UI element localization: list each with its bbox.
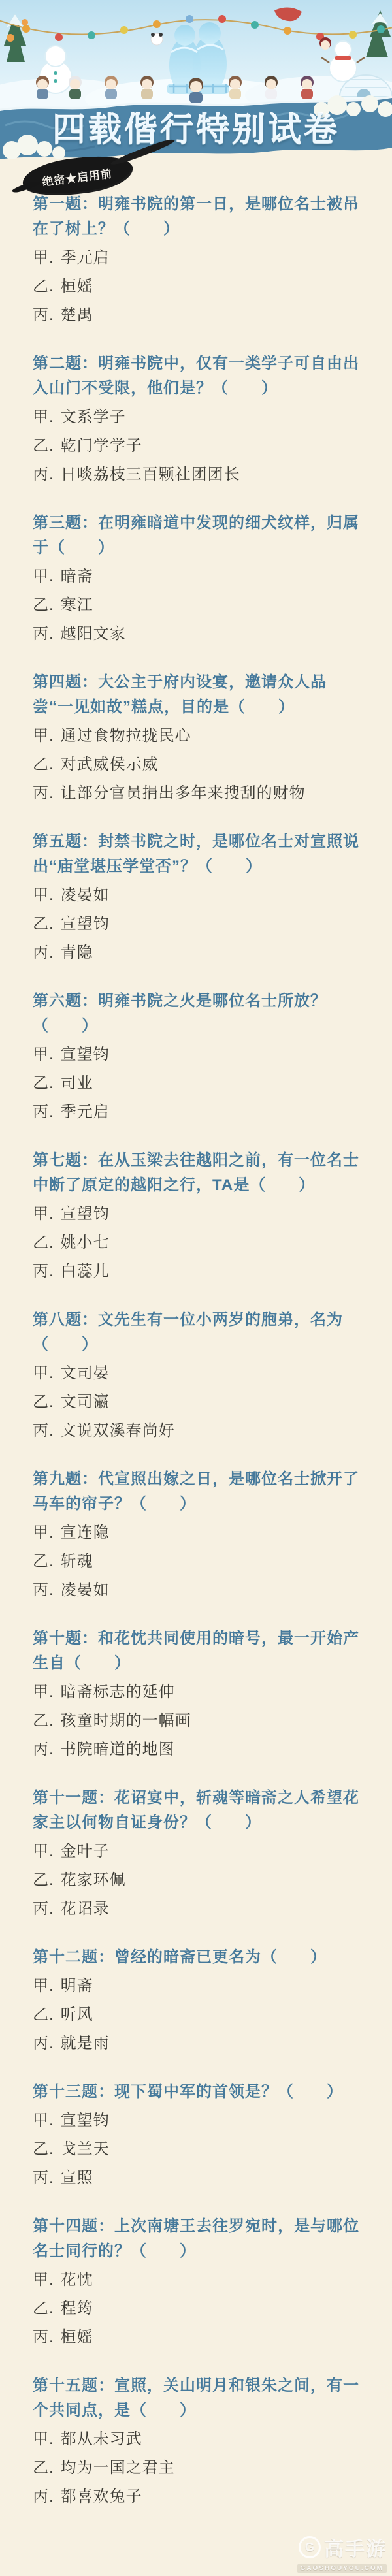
option-乙: 乙.花家环佩 [33, 1871, 363, 1890]
option-text: 让部分官员捐出多年来搜刮的财物 [61, 784, 306, 802]
option-丙: 丙.白蕊儿 [33, 1262, 363, 1281]
question-block: 第十题：和花忱共同使用的暗号，最一开始产生自（ ） 甲.暗斋标志的延伸乙.孩童时… [33, 1626, 363, 1760]
option-text: 宣连隐 [61, 1524, 110, 1541]
option-乙: 乙.文司瀛 [33, 1393, 363, 1412]
question-block: 第五题：封禁书院之时，是哪位名士对宣照说出“庙堂堪压学堂否”？（ ） 甲.凌晏如… [33, 829, 363, 963]
option-key: 甲. [33, 2271, 54, 2289]
panda-icon [151, 33, 163, 45]
option-key: 丙. [33, 2328, 54, 2346]
secrecy-stamp: 绝密★启用前 [16, 154, 159, 197]
option-甲: 甲.宣望钧 [33, 1045, 363, 1065]
option-text: 听风 [61, 2006, 93, 2023]
option-丙: 丙.日啖荔枝三百颗社团团长 [33, 465, 363, 485]
question-number: 第七题： [33, 1151, 98, 1169]
question-options: 甲.文系学子乙.乾门学学子丙.日啖荔枝三百颗社团团长 [33, 408, 363, 485]
option-text: 对武威侯示威 [61, 756, 159, 773]
option-key: 乙. [33, 596, 54, 614]
option-text: 就是雨 [61, 2035, 110, 2052]
option-甲: 甲.文司晏 [33, 1364, 363, 1383]
option-乙: 乙.程筠 [33, 2299, 363, 2319]
option-text: 文系学子 [61, 408, 126, 426]
option-key: 乙. [33, 278, 54, 295]
option-甲: 甲.季元启 [33, 248, 363, 268]
option-text: 桓媱 [61, 278, 93, 295]
question-title: 第八题：文先生有一位小两岁的胞弟，名为（ ） [33, 1308, 363, 1357]
option-key: 乙. [33, 1871, 54, 1889]
option-key: 甲. [33, 1205, 54, 1223]
option-text: 寒江 [61, 596, 93, 614]
option-text: 青隐 [61, 944, 93, 961]
option-key: 乙. [33, 2459, 54, 2477]
question-title: 第十三题：现下蜀中军的首领是？（ ） [33, 2080, 363, 2104]
option-text: 花诏录 [61, 1900, 110, 1918]
option-key: 丙. [33, 944, 54, 961]
option-text: 日啖荔枝三百颗社团团长 [61, 466, 240, 483]
question-number: 第一题： [33, 195, 98, 213]
option-key: 甲. [33, 568, 54, 585]
question-text: 现下蜀中军的首领是？（ ） [114, 2083, 343, 2101]
option-text: 斩魂 [61, 1553, 93, 1570]
option-text: 凌晏如 [61, 1581, 110, 1599]
option-text: 通过食物拉拢民心 [61, 727, 191, 745]
question-options: 甲.宣望钧乙.姚小七丙.白蕊儿 [33, 1204, 363, 1281]
question-options: 甲.明斋乙.听风丙.就是雨 [33, 1976, 363, 2053]
question-options: 甲.花忱乙.程筠丙.桓媱 [33, 2270, 363, 2347]
question-title: 第七题：在从玉梁去往越阳之前，有一位名士中断了原定的越阳之行，TA是（ ） [33, 1148, 363, 1198]
option-key: 甲. [33, 2430, 54, 2448]
question-block: 第九题：代宣照出嫁之日，是哪位名士掀开了马车的帘子？（ ） 甲.宣连隐乙.斩魂丙… [33, 1467, 363, 1600]
option-key: 乙. [33, 2006, 54, 2023]
option-text: 金叶子 [61, 1843, 110, 1860]
option-丙: 丙.青隐 [33, 943, 363, 963]
option-key: 丙. [33, 1741, 54, 1758]
option-甲: 甲.金叶子 [33, 1842, 363, 1861]
watermark: G 高手游 GAOSHOUYOU.COM [297, 2533, 387, 2573]
question-block: 第一题：明雍书院的第一日，是哪位名士被吊在了树上？（ ） 甲.季元启乙.桓媱丙.… [33, 192, 363, 325]
option-key: 丙. [33, 625, 54, 643]
option-乙: 乙.姚小七 [33, 1233, 363, 1253]
option-key: 甲. [33, 1683, 54, 1701]
question-number: 第三题： [33, 514, 98, 532]
question-number: 第六题： [33, 992, 98, 1010]
question-options: 甲.文司晏乙.文司瀛丙.文说双溪春尚好 [33, 1364, 363, 1441]
question-text: 曾经的暗斋已更名为（ ） [114, 1948, 327, 1966]
question-number: 第五题： [33, 833, 98, 850]
question-options: 甲.宣望钧乙.戈兰天丙.宣照 [33, 2111, 363, 2188]
option-key: 丙. [33, 1422, 54, 1440]
question-options: 甲.凌晏如乙.宣望钧丙.青隐 [33, 886, 363, 963]
option-甲: 甲.宣连隐 [33, 1523, 363, 1543]
question-number: 第八题： [33, 1311, 98, 1328]
option-key: 甲. [33, 408, 54, 426]
question-block: 第十二题：曾经的暗斋已更名为（ ） 甲.明斋乙.听风丙.就是雨 [33, 1945, 363, 2053]
option-乙: 乙.听风 [33, 2005, 363, 2025]
option-key: 甲. [33, 886, 54, 904]
question-number: 第十题： [33, 1630, 98, 1647]
option-text: 宣照 [61, 2169, 93, 2187]
question-title: 第十二题：曾经的暗斋已更名为（ ） [33, 1945, 363, 1970]
option-text: 宣望钧 [61, 915, 110, 933]
option-key: 丙. [33, 1581, 54, 1599]
option-key: 丙. [33, 1263, 54, 1280]
question-title: 第五题：封禁书院之时，是哪位名士对宣照说出“庙堂堪压学堂否”？（ ） [33, 829, 363, 879]
option-乙: 乙.斩魂 [33, 1552, 363, 1571]
option-text: 越阳文家 [61, 625, 126, 643]
option-丙: 丙.楚禺 [33, 306, 363, 325]
watermark-logo-icon: G [299, 2536, 321, 2558]
option-丙: 丙.书院暗道的地图 [33, 1740, 363, 1760]
question-options: 甲.都从未习武乙.均为一国之君主丙.都喜欢兔子 [33, 2430, 363, 2507]
option-乙: 乙.寒江 [33, 596, 363, 615]
option-乙: 乙.宣望钧 [33, 914, 363, 934]
question-options: 甲.通过食物拉拢民心乙.对武威侯示威丙.让部分官员捐出多年来搜刮的财物 [33, 726, 363, 803]
option-key: 甲. [33, 1977, 54, 1995]
option-丙: 丙.季元启 [33, 1103, 363, 1122]
option-key: 乙. [33, 1553, 54, 1570]
option-key: 丙. [33, 466, 54, 483]
option-key: 甲. [33, 1364, 54, 1382]
question-block: 第十五题：宣照，关山明月和银朱之间，有一个共同点，是（ ） 甲.都从未习武乙.均… [33, 2374, 363, 2507]
option-text: 宣望钧 [61, 1205, 110, 1223]
option-乙: 乙.均为一国之君主 [33, 2458, 363, 2478]
option-key: 甲. [33, 1524, 54, 1541]
option-丙: 丙.都喜欢兔子 [33, 2487, 363, 2507]
option-甲: 甲.明斋 [33, 1976, 363, 1996]
option-text: 暗斋标志的延伸 [61, 1683, 175, 1701]
option-甲: 甲.凌晏如 [33, 886, 363, 905]
option-key: 乙. [33, 915, 54, 933]
option-key: 丙. [33, 306, 54, 324]
question-number: 第四题： [33, 673, 98, 691]
question-title: 第十四题：上次南塘王去往罗宛时，是与哪位名士同行的？（ ） [33, 2214, 363, 2264]
option-key: 甲. [33, 727, 54, 745]
option-text: 孩童时期的一幅画 [61, 1712, 191, 1730]
question-number: 第十四题： [33, 2217, 114, 2235]
question-title: 第十五题：宣照，关山明月和银朱之间，有一个共同点，是（ ） [33, 2374, 363, 2423]
question-options: 甲.季元启乙.桓媱丙.楚禺 [33, 248, 363, 325]
option-key: 丙. [33, 1103, 54, 1121]
option-key: 乙. [33, 1234, 54, 1251]
question-title: 第三题：在明雍暗道中发现的细犬纹样，归属于（ ） [33, 511, 363, 560]
questions-list: 第一题：明雍书院的第一日，是哪位名士被吊在了树上？（ ） 甲.季元启乙.桓媱丙.… [0, 163, 392, 2507]
option-key: 丙. [33, 2035, 54, 2052]
option-key: 丙. [33, 2488, 54, 2505]
option-甲: 甲.宣望钧 [33, 2111, 363, 2131]
option-text: 均为一国之君主 [61, 2459, 175, 2477]
question-title: 第十一题：花诏宴中，斩魂等暗斋之人希望花家主以何物自证身份？（ ） [33, 1786, 363, 1835]
option-text: 暗斋 [61, 568, 93, 585]
option-key: 乙. [33, 1712, 54, 1730]
option-乙: 乙.戈兰天 [33, 2140, 363, 2159]
question-block: 第六题：明雍书院之火是哪位名士所放？（ ） 甲.宣望钧乙.司业丙.季元启 [33, 989, 363, 1122]
question-options: 甲.暗斋乙.寒江丙.越阳文家 [33, 567, 363, 644]
exam-title: 四载偕行特别试卷 [0, 106, 392, 153]
option-key: 丙. [33, 2169, 54, 2187]
question-title: 第九题：代宣照出嫁之日，是哪位名士掀开了马车的帘子？（ ） [33, 1467, 363, 1517]
question-block: 第七题：在从玉梁去往越阳之前，有一位名士中断了原定的越阳之行，TA是（ ） 甲.… [33, 1148, 363, 1281]
question-block: 第十四题：上次南塘王去往罗宛时，是与哪位名士同行的？（ ） 甲.花忱乙.程筠丙.… [33, 2214, 363, 2347]
question-number: 第十五题： [33, 2377, 114, 2394]
option-key: 甲. [33, 2112, 54, 2129]
option-key: 丙. [33, 784, 54, 802]
option-丙: 丙.文说双溪春尚好 [33, 1421, 363, 1441]
question-number: 第二题： [33, 355, 98, 372]
option-text: 宣望钧 [61, 1046, 110, 1063]
question-block: 第三题：在明雍暗道中发现的细犬纹样，归属于（ ） 甲.暗斋乙.寒江丙.越阳文家 [33, 511, 363, 644]
option-丙: 丙.就是雨 [33, 2034, 363, 2053]
option-丙: 丙.桓媱 [33, 2328, 363, 2347]
watermark-brand: 高手游 [324, 2533, 387, 2562]
question-number: 第十二题： [33, 1948, 114, 1966]
option-text: 都从未习武 [61, 2430, 142, 2448]
option-text: 文司晏 [61, 1364, 110, 1382]
option-key: 乙. [33, 1393, 54, 1411]
option-text: 司业 [61, 1074, 93, 1092]
option-甲: 甲.暗斋标志的延伸 [33, 1682, 363, 1702]
question-title: 第二题：明雍书院中，仅有一类学子可自由出入山门不受限，他们是？（ ） [33, 351, 363, 401]
question-title: 第四题：大公主于府内设宴，邀请众人品尝“一见如故”糕点，目的是（ ） [33, 670, 363, 720]
question-options: 甲.暗斋标志的延伸乙.孩童时期的一幅画丙.书院暗道的地图 [33, 1682, 363, 1760]
exam-paper-page: 四载偕行特别试卷 绝密★启用前 第一题：明雍书院的第一日，是哪位名士被吊在了树上… [0, 0, 392, 2576]
option-乙: 乙.孩童时期的一幅画 [33, 1711, 363, 1731]
option-丙: 丙.让部分官员捐出多年来搜刮的财物 [33, 784, 363, 803]
option-key: 乙. [33, 2300, 54, 2317]
question-block: 第八题：文先生有一位小两岁的胞弟，名为（ ） 甲.文司晏乙.文司瀛丙.文说双溪春… [33, 1308, 363, 1441]
option-text: 姚小七 [61, 1234, 110, 1251]
option-text: 白蕊儿 [61, 1263, 110, 1280]
question-title: 第十题：和花忱共同使用的暗号，最一开始产生自（ ） [33, 1626, 363, 1676]
option-key: 丙. [33, 1900, 54, 1918]
option-text: 文司瀛 [61, 1393, 110, 1411]
option-key: 甲. [33, 1843, 54, 1860]
question-options: 甲.宣连隐乙.斩魂丙.凌晏如 [33, 1523, 363, 1600]
option-key: 甲. [33, 1046, 54, 1063]
question-number: 第九题： [33, 1470, 98, 1488]
option-key: 乙. [33, 437, 54, 455]
option-甲: 甲.暗斋 [33, 567, 363, 587]
option-text: 桓媱 [61, 2328, 93, 2346]
option-甲: 甲.通过食物拉拢民心 [33, 726, 363, 746]
question-block: 第十一题：花诏宴中，斩魂等暗斋之人希望花家主以何物自证身份？（ ） 甲.金叶子乙… [33, 1786, 363, 1919]
option-key: 甲. [33, 249, 54, 266]
option-甲: 甲.文系学子 [33, 408, 363, 427]
question-number: 第十一题： [33, 1789, 114, 1807]
option-text: 花忱 [61, 2271, 93, 2289]
question-number: 第十三题： [33, 2083, 114, 2101]
option-text: 明斋 [61, 1977, 93, 1995]
question-block: 第四题：大公主于府内设宴，邀请众人品尝“一见如故”糕点，目的是（ ） 甲.通过食… [33, 670, 363, 803]
question-title: 第六题：明雍书院之火是哪位名士所放？（ ） [33, 989, 363, 1038]
option-text: 花家环佩 [61, 1871, 126, 1889]
option-丙: 丙.宣照 [33, 2168, 363, 2188]
question-options: 甲.金叶子乙.花家环佩丙.花诏录 [33, 1842, 363, 1919]
question-options: 甲.宣望钧乙.司业丙.季元启 [33, 1045, 363, 1122]
option-text: 季元启 [61, 1103, 110, 1121]
option-text: 乾门学学子 [61, 437, 142, 455]
option-text: 书院暗道的地图 [61, 1741, 175, 1758]
question-title: 第一题：明雍书院的第一日，是哪位名士被吊在了树上？（ ） [33, 192, 363, 242]
option-key: 乙. [33, 2140, 54, 2158]
option-text: 楚禺 [61, 306, 93, 324]
watermark-domain: GAOSHOUYOU.COM [297, 2564, 387, 2573]
option-text: 都喜欢兔子 [61, 2488, 142, 2505]
option-乙: 乙.桓媱 [33, 277, 363, 297]
option-text: 文说双溪春尚好 [61, 1422, 175, 1440]
option-丙: 丙.花诏录 [33, 1899, 363, 1919]
option-乙: 乙.司业 [33, 1074, 363, 1093]
option-甲: 甲.花忱 [33, 2270, 363, 2290]
option-text: 宣望钧 [61, 2112, 110, 2129]
watermark-row: G 高手游 [297, 2533, 387, 2562]
option-key: 乙. [33, 756, 54, 773]
page-header: 四载偕行特别试卷 [0, 0, 392, 163]
option-text: 凌晏如 [61, 886, 110, 904]
question-block: 第十三题：现下蜀中军的首领是？（ ） 甲.宣望钧乙.戈兰天丙.宣照 [33, 2080, 363, 2188]
option-key: 乙. [33, 1074, 54, 1092]
option-甲: 甲.都从未习武 [33, 2430, 363, 2449]
option-乙: 乙.对武威侯示威 [33, 755, 363, 775]
option-text: 季元启 [61, 249, 110, 266]
option-丙: 丙.凌晏如 [33, 1581, 363, 1600]
option-甲: 甲.宣望钧 [33, 1204, 363, 1224]
option-text: 戈兰天 [61, 2140, 110, 2158]
option-text: 程筠 [61, 2300, 93, 2317]
option-乙: 乙.乾门学学子 [33, 436, 363, 456]
question-block: 第二题：明雍书院中，仅有一类学子可自由出入山门不受限，他们是？（ ） 甲.文系学… [33, 351, 363, 485]
option-丙: 丙.越阳文家 [33, 624, 363, 644]
